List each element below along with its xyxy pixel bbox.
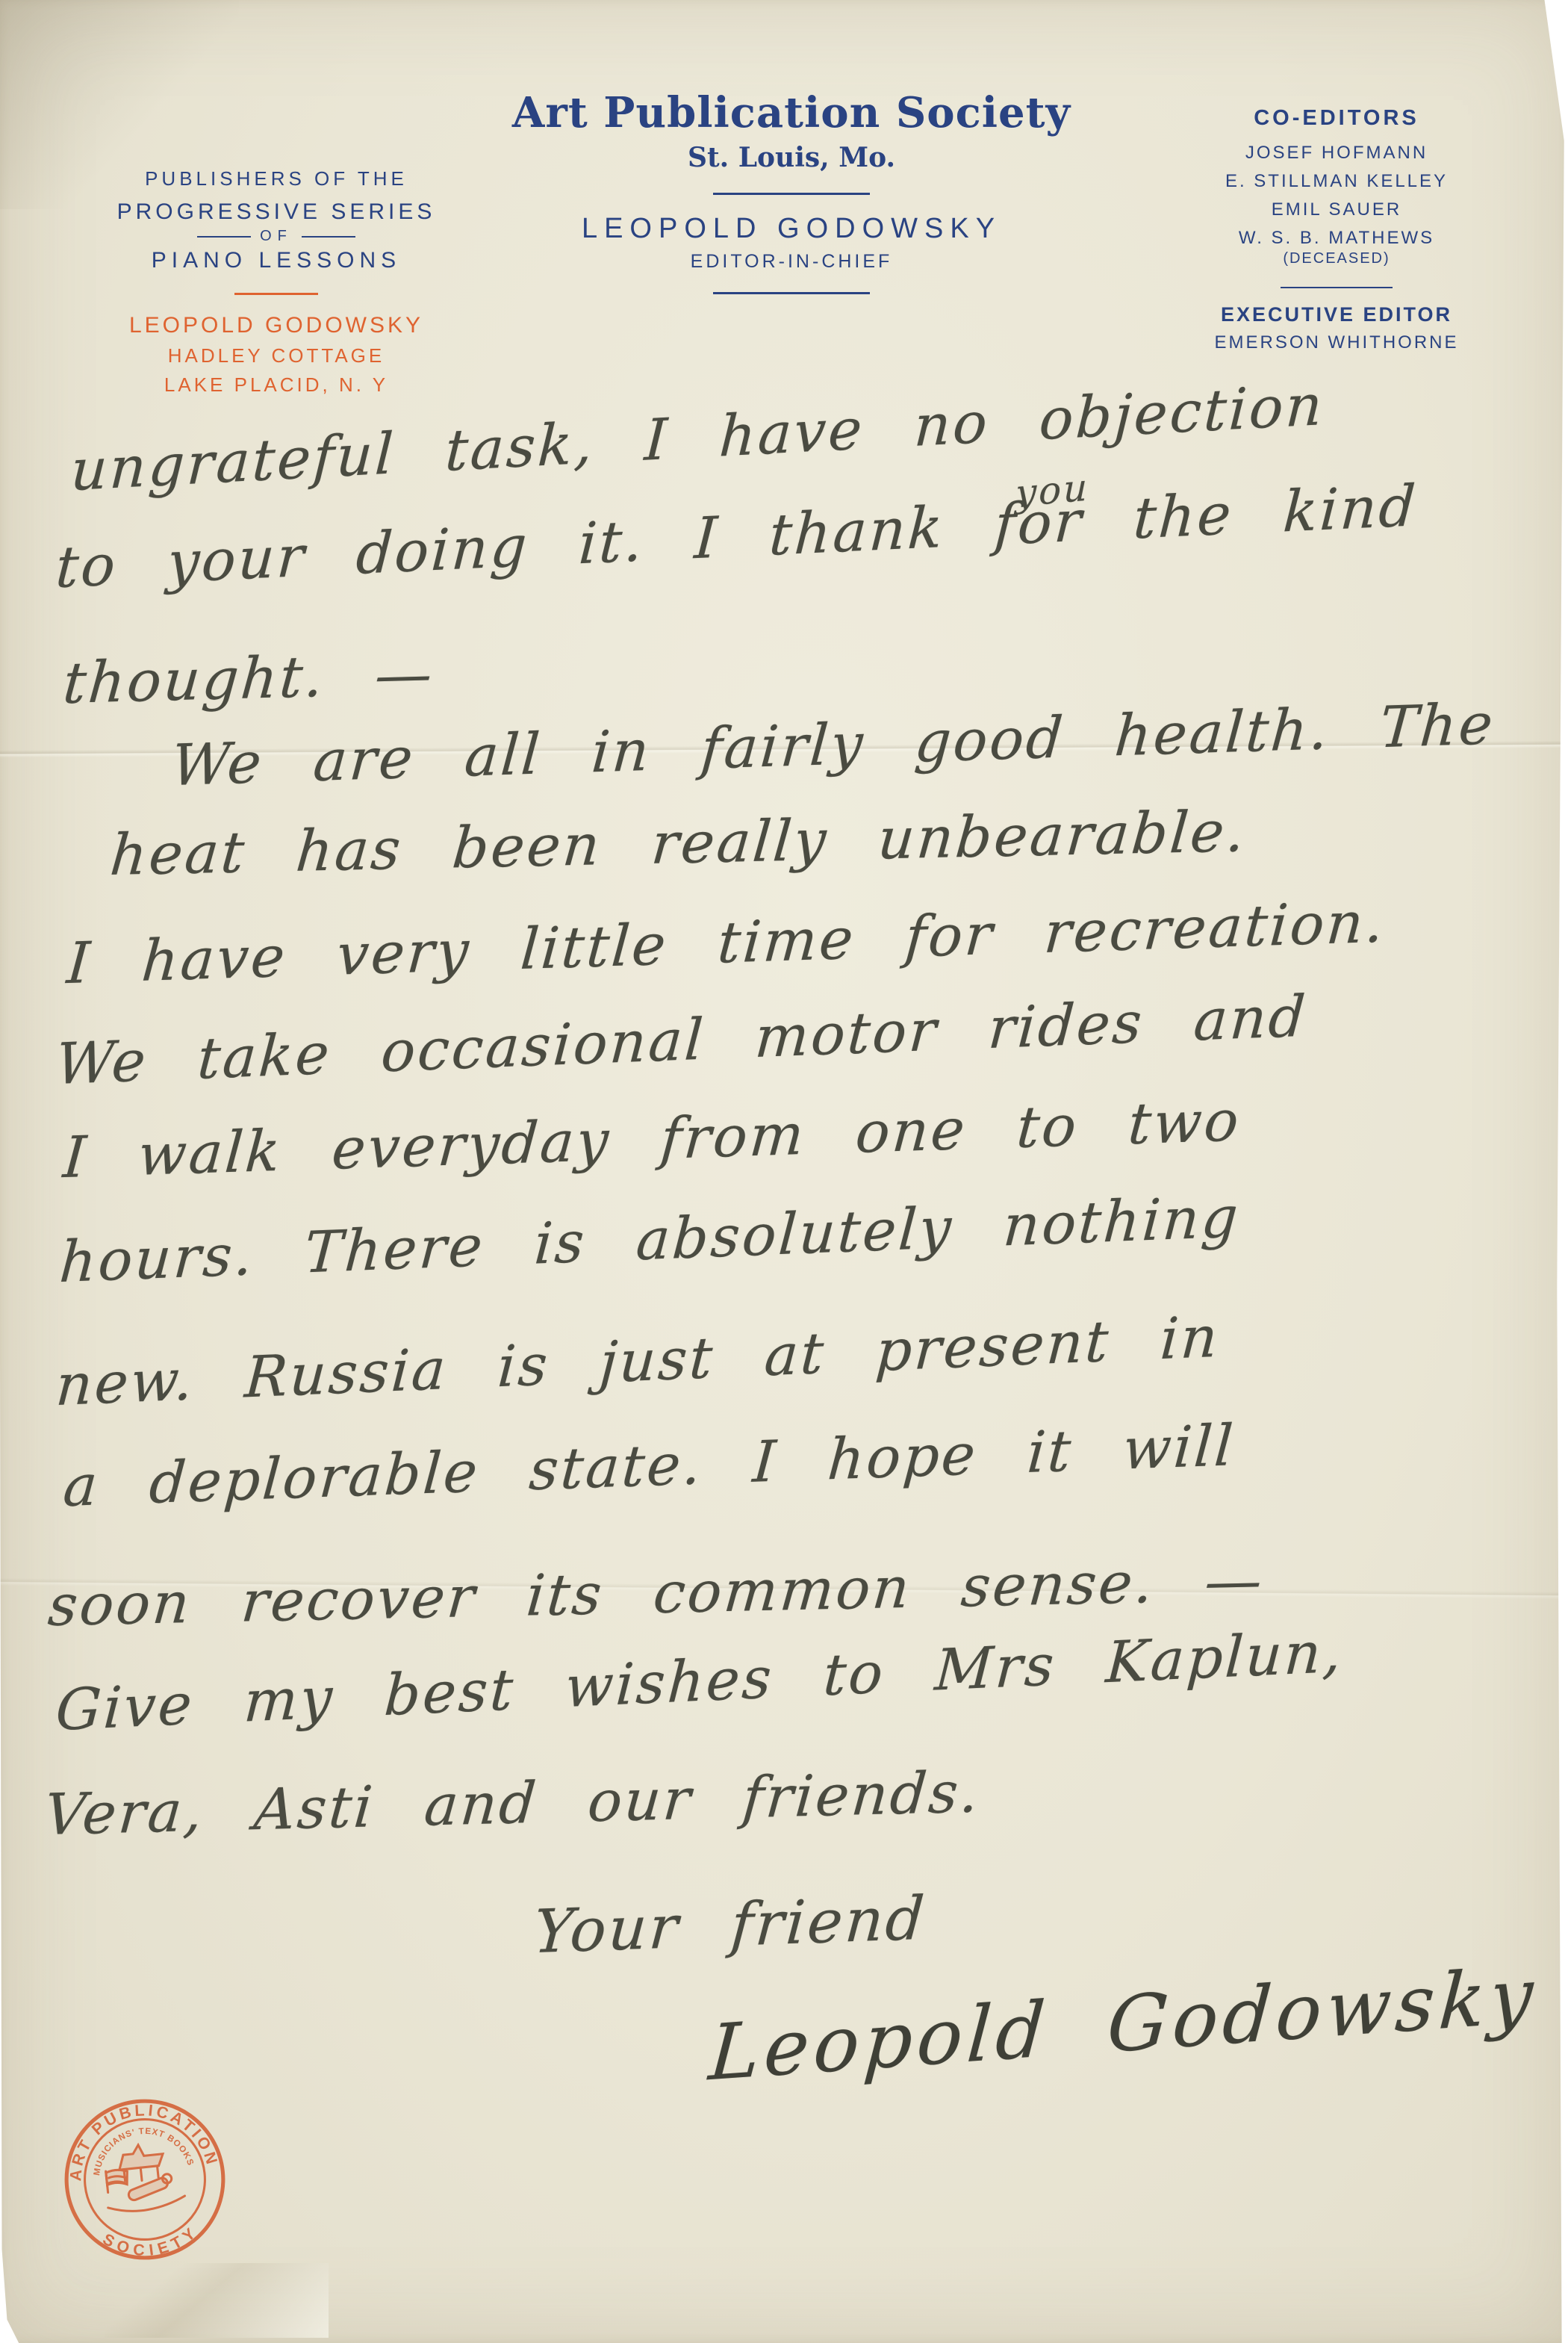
handwriting-line: new. Russia is just at present in <box>54 1303 1222 1419</box>
navy-divider <box>713 193 870 195</box>
divider-line <box>197 236 251 238</box>
author-name: LEOPOLD GODOWSKY <box>90 313 463 338</box>
of-divider-row: OF <box>90 228 463 245</box>
handwriting-line: a deplorable state. I hope it will <box>61 1412 1237 1519</box>
letterhead-right-column: CO-EDITORS JOSEF HOFMANN E. STILLMAN KEL… <box>1142 106 1531 353</box>
society-city: St. Louis, Mo. <box>455 142 1127 173</box>
handwriting-line: heat has been really unbearable. <box>108 798 1249 888</box>
executive-editor-heading: EXECUTIVE EDITOR <box>1142 303 1531 326</box>
letter-paper: PUBLISHERS OF THE PROGRESSIVE SERIES OF … <box>0 0 1568 2343</box>
coeditors-heading: CO-EDITORS <box>1142 106 1531 131</box>
editor-in-chief-title: EDITOR-IN-CHIEF <box>455 251 1127 273</box>
coeditor-name: E. STILLMAN KELLEY <box>1142 171 1531 192</box>
navy-divider <box>1281 287 1393 288</box>
coeditor-name: JOSEF HOFMANN <box>1142 143 1531 164</box>
handwriting-line: hours. There is absolutely nothing <box>57 1183 1242 1295</box>
letterhead-left-column: PUBLISHERS OF THE PROGRESSIVE SERIES OF … <box>90 167 463 397</box>
svg-text:SOCIETY: SOCIETY <box>99 2221 205 2265</box>
scanned-letter-page: PUBLISHERS OF THE PROGRESSIVE SERIES OF … <box>0 0 1568 2343</box>
navy-divider <box>713 292 870 294</box>
handwriting-line: soon recover its common sense. — <box>46 1547 1266 1639</box>
letterhead-center-column: Art Publication Society St. Louis, Mo. L… <box>455 88 1127 294</box>
stamp-arc-bottom-text: SOCIETY <box>99 2221 205 2265</box>
deceased-note: (DECEASED) <box>1142 250 1531 267</box>
handwriting-line: We take occasional motor rides and <box>54 982 1310 1097</box>
coeditor-name: W. S. B. MATHEWS <box>1142 228 1531 249</box>
signature: Leopold Godowsky <box>706 1951 1540 2098</box>
publishers-line: PUBLISHERS OF THE <box>90 167 463 190</box>
handwriting-line: thought. — <box>60 640 437 716</box>
coeditor-name: EMIL SAUER <box>1142 199 1531 220</box>
of-label: OF <box>260 228 293 245</box>
piano-lessons-line: PIANO LESSONS <box>90 248 463 273</box>
divider-line <box>302 236 355 238</box>
executive-editor-name: EMERSON WHITHORNE <box>1142 332 1531 353</box>
handwriting-line: Vera, Asti and our friends. <box>42 1758 983 1848</box>
society-title: Art Publication Society <box>455 88 1127 137</box>
closing-salutation: Your friend <box>532 1884 929 1967</box>
handwriting-line: Give my best wishes to Mrs Kaplun, <box>54 1619 1345 1744</box>
series-line: PROGRESSIVE SERIES <box>90 199 463 225</box>
author-address-line: LAKE PLACID, N. Y <box>90 373 463 397</box>
piano-emblem-icon <box>102 2141 185 2214</box>
author-address-line: HADLEY COTTAGE <box>90 344 463 367</box>
handwriting-line: I have very little time for recreation. <box>65 888 1388 996</box>
corner-fold-shading <box>105 2263 329 2338</box>
society-seal-stamp: ART PUBLICATION SOCIETY MUSICIANS' TEXT … <box>53 2088 237 2271</box>
orange-divider <box>234 293 318 295</box>
editor-in-chief-name: LEOPOLD GODOWSKY <box>455 213 1127 245</box>
handwriting-line: I walk everyday from one to two <box>61 1087 1243 1191</box>
